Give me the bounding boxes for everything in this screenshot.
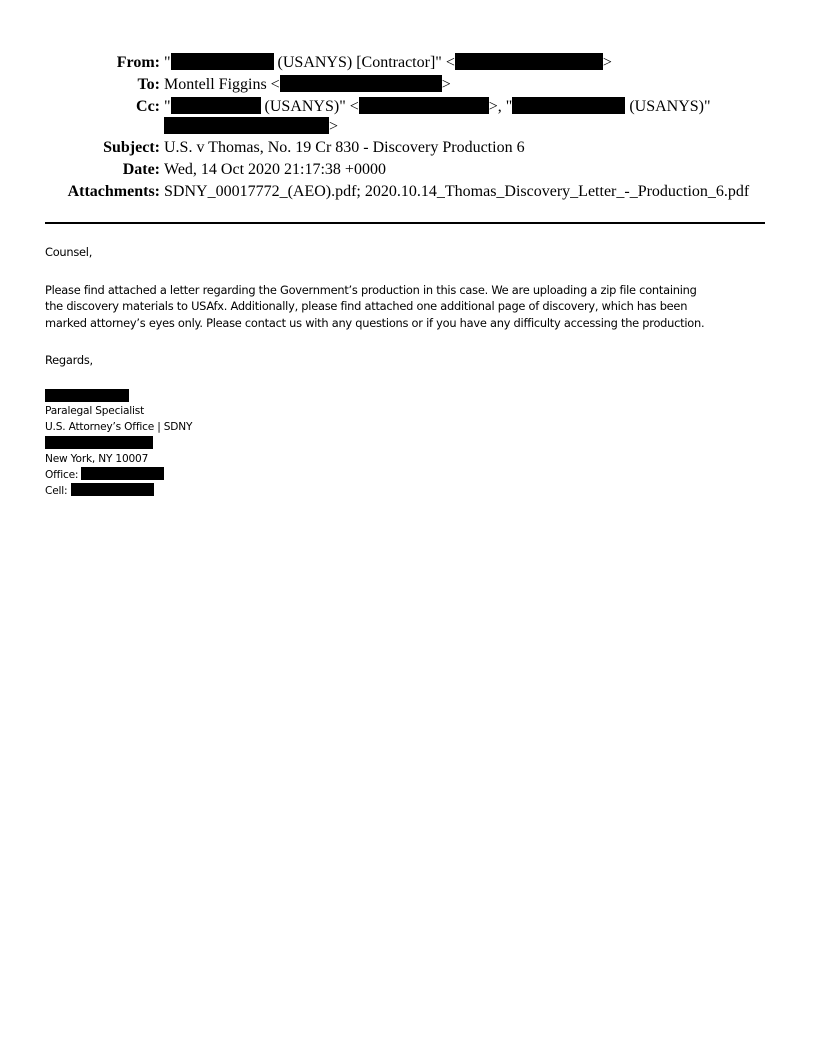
attachments-label: Attachments: (68, 182, 160, 202)
redaction-box (280, 75, 442, 92)
greeting: Counsel, (45, 244, 92, 260)
header-divider (45, 222, 765, 224)
cc-part: (USANYS)" (625, 98, 710, 115)
angle-close: > (603, 54, 612, 71)
redaction-box (171, 97, 261, 114)
closing: Regards, (45, 352, 93, 368)
to-name: Montell Figgins < (164, 76, 280, 93)
signature-city: New York, NY 10007 (45, 451, 148, 467)
signature-office-phone: Office: (45, 467, 164, 483)
redaction-box (455, 53, 603, 70)
paragraph-line-1: Please find attached a letter regarding … (45, 282, 697, 298)
angle-close: > (442, 76, 451, 93)
attachments-value: SDNY_00017772_(AEO).pdf; 2020.10.14_Thom… (164, 182, 749, 202)
angle-close: > (329, 118, 338, 135)
date-value: Wed, 14 Oct 2020 21:17:38 +0000 (164, 160, 386, 180)
cc-label: Cc: (136, 97, 160, 117)
signature-title: Paralegal Specialist (45, 403, 144, 419)
office-phone-label: Office: (45, 469, 81, 481)
paragraph-line-2: the discovery materials to USAfx. Additi… (45, 298, 687, 314)
to-label: To: (137, 75, 160, 95)
cc-value: " (USANYS)" <>, " (USANYS)" (164, 97, 711, 117)
to-value: Montell Figgins <> (164, 75, 451, 95)
cc-part: (USANYS)" < (261, 98, 359, 115)
cc-value-continued: > (164, 117, 338, 137)
redaction-box (512, 97, 625, 114)
redaction-box (359, 97, 489, 114)
date-label: Date: (123, 160, 160, 180)
redaction-box (171, 53, 274, 70)
signature-cell: Cell: (45, 483, 154, 499)
subject-value: U.S. v Thomas, No. 19 Cr 830 - Discovery… (164, 138, 525, 158)
signature-address (45, 436, 153, 452)
from-label: From: (117, 53, 160, 73)
paragraph-line-3: marked attorney’s eyes only. Please cont… (45, 315, 704, 331)
redaction-box (45, 436, 153, 449)
redaction-box (71, 483, 154, 496)
signature-office: U.S. Attorney’s Office | SDNY (45, 419, 192, 435)
cc-part: >, " (489, 98, 513, 115)
subject-label: Subject: (103, 138, 160, 158)
redaction-box (81, 467, 164, 480)
from-suffix: (USANYS) [Contractor]" < (274, 54, 455, 71)
redaction-box (45, 389, 129, 402)
from-value: " (USANYS) [Contractor]" <> (164, 53, 612, 73)
cell-label: Cell: (45, 485, 71, 497)
redaction-box (164, 117, 329, 134)
